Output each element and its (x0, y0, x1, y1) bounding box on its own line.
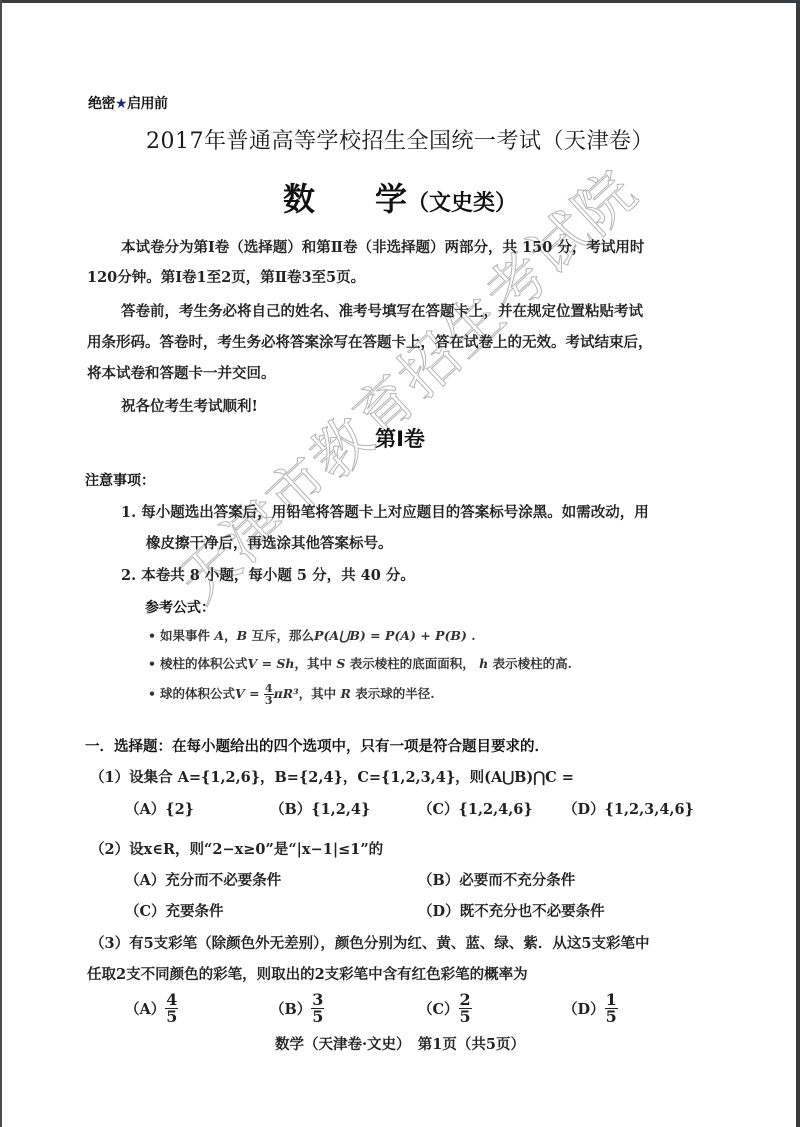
frac-den: 5 (311, 1008, 324, 1025)
viewer-frame-left (0, 0, 2, 1127)
viewer-frame-right (796, 0, 800, 1127)
question-3-stem-line1: （3）有5支彩笔（除颜色外无差别），颜色分别为红、黄、蓝、绿、紫．从这5支彩笔中 (90, 932, 650, 953)
intro-p3: 祝各位考生考试顺利! (121, 395, 258, 416)
option-label: （B） (418, 872, 459, 889)
option-text: 充分而不必要条件 (165, 872, 281, 889)
formula-expr: πR³ (274, 686, 299, 701)
sep: ， (224, 628, 237, 643)
option-label: （C） (418, 1001, 459, 1018)
formula-text: 表示棱柱的底面面积， (350, 656, 475, 671)
q3-option-d: （D）15 (563, 992, 618, 1025)
option-text: 充要条件 (166, 903, 224, 920)
reference-heading: 参考公式： (145, 597, 215, 617)
formula-text: 如果事件 (160, 628, 210, 643)
intro-p2-line2: 用条形码。答卷时，考生务必将答案涂写在答题卡上，答在试卷上的无效。考试结束后， (87, 331, 653, 352)
viewer-frame-top (0, 0, 800, 3)
formula-text: 球的体积公式 (160, 686, 235, 701)
formula-text: ，其中 (295, 656, 333, 671)
var-b: B (237, 628, 248, 643)
option-label: （C） (418, 801, 459, 818)
question-2-stem: （2）设x∈R，则“2−x≥0”是“|x−1|≤1”的 (90, 838, 383, 859)
q2-option-a: （A）充分而不必要条件 (125, 869, 281, 890)
option-label: （A） (125, 801, 165, 818)
bullet-icon: • (148, 686, 160, 701)
part1-title: 第Ⅰ卷 (0, 423, 800, 453)
exam-title: 2017年普通高等学校招生全国统一考试（天津卷） (0, 124, 800, 155)
q2-option-d: （D）既不充分也不必要条件 (418, 900, 605, 921)
option-text: {2} (165, 801, 194, 818)
fraction: 43 (264, 683, 274, 706)
option-text: 既不充分也不必要条件 (460, 903, 605, 920)
option-label: （B） (270, 1001, 311, 1018)
bullet-icon: • (148, 628, 160, 643)
notice-item-1-line2: 橡皮擦干净后，再选涂其他答案标号。 (146, 532, 393, 553)
option-label: （A） (125, 1001, 165, 1018)
notice-num: 2. (121, 567, 136, 584)
formula-text: ，其中 (299, 686, 337, 701)
q1-option-b: （B）{1,2,4} (270, 798, 370, 819)
section1-heading: 一．选择题：在每小题给出的四个选项中，只有一项是符合题目要求的． (85, 735, 549, 756)
fraction: 45 (165, 992, 178, 1025)
formula-text: 棱柱的体积公式 (160, 656, 248, 671)
star-icon: ★ (115, 96, 127, 112)
q1-option-c: （C）{1,2,4,6} (418, 798, 533, 819)
question-3-stem-line2: 任取2支不同颜色的彩笔，则取出的2支彩笔中含有红色彩笔的概率为 (87, 963, 528, 984)
intro-p1-line2: 120分钟。第Ⅰ卷1至2页，第Ⅱ卷3至5页。 (87, 266, 365, 287)
q2-option-c: （C）充要条件 (125, 900, 224, 921)
subject-char-2: 学 (375, 180, 407, 218)
notice-text: 每小题选出答案后，用铅笔将答题卡上对应题目的答案标号涂黑。如需改动，用 (141, 504, 649, 521)
var-a: A (214, 628, 224, 643)
option-label: （B） (270, 801, 311, 818)
option-text: {1,2,4} (311, 801, 370, 818)
option-label: （D） (563, 801, 605, 818)
fraction: 25 (459, 992, 472, 1025)
option-label: （A） (125, 872, 165, 889)
option-label: （D） (563, 1001, 605, 1018)
subject-char-1: 数 (283, 180, 315, 218)
fraction: 35 (311, 992, 324, 1025)
notice-item-2: 2. 本卷共 8 小题，每小题 5 分，共 40 分。 (121, 564, 415, 585)
frac-num: 3 (311, 992, 324, 1008)
formula-text: 表示球的半径. (355, 686, 434, 701)
formula-addition-rule: •如果事件 A，B 互斥，那么P(A⋃B) = P(A) + P(B) . (148, 626, 476, 644)
intro-p2-line1: 答卷前，考生务必将自己的姓名、准考号填写在答题卡上，并在规定位置粘贴考试 (121, 300, 643, 321)
intro-p1-line1: 本试卷分为第Ⅰ卷（选择题）和第Ⅱ卷（非选择题）两部分，共 150 分，考试用时 (121, 236, 644, 257)
fraction: 15 (605, 992, 618, 1025)
frac-den: 3 (264, 694, 274, 706)
page-footer: 数学（天津卷·文史） 第1页（共5页） (0, 1033, 800, 1054)
formula-prism-volume: •棱柱的体积公式V = Sh，其中 S 表示棱柱的底面面积， h 表示棱柱的高. (148, 654, 572, 672)
frac-den: 5 (459, 1008, 472, 1025)
formula-end: . (471, 628, 475, 643)
formula-expr: V = Sh (248, 656, 295, 671)
formula-text: 表示棱柱的高. (493, 656, 572, 671)
option-label: （D） (418, 903, 460, 920)
subject-category: （文史类） (407, 191, 517, 216)
intro-p2-line3: 将本试卷和答题卡一并交回。 (87, 362, 276, 383)
q3-option-a: （A）45 (125, 992, 178, 1025)
var-r: R (340, 686, 350, 701)
bullet-icon: • (148, 656, 160, 671)
var-s: S (336, 656, 345, 671)
notice-heading: 注意事项： (85, 470, 155, 490)
secret-label: 绝密 (88, 96, 115, 112)
frac-den: 5 (605, 1008, 618, 1025)
q1-option-a: （A）{2} (125, 798, 194, 819)
secret-suffix: 启用前 (127, 96, 168, 112)
secret-mark: 绝密★启用前 (88, 93, 168, 113)
option-label: （C） (125, 903, 166, 920)
q3-option-b: （B）35 (270, 992, 324, 1025)
notice-item-1: 1. 每小题选出答案后，用铅笔将答题卡上对应题目的答案标号涂黑。如需改动，用 (121, 501, 649, 522)
formula-text: 互斥，那么 (252, 628, 315, 643)
q1-option-d: （D）{1,2,3,4,6} (563, 798, 694, 819)
option-text: 必要而不充分条件 (459, 872, 575, 889)
formula-expr: V = (235, 686, 264, 701)
formula-sphere-volume: •球的体积公式V = 43πR³，其中 R 表示球的半径. (148, 683, 435, 706)
notice-num: 1. (121, 504, 136, 521)
frac-num: 4 (264, 683, 274, 694)
question-1-stem: （1）设集合 A={1,2,6}，B={2,4}，C={1,2,3,4}，则(A… (90, 766, 574, 787)
q2-option-b: （B）必要而不充分条件 (418, 869, 575, 890)
frac-num: 1 (605, 992, 618, 1008)
option-text: {1,2,3,4,6} (605, 801, 694, 818)
frac-num: 2 (459, 992, 472, 1008)
formula-expr: P(A⋃B) = P(A) + P(B) (314, 628, 467, 643)
q3-option-c: （C）25 (418, 992, 472, 1025)
frac-num: 4 (165, 992, 178, 1008)
subject-title: 数学（文史类） (0, 174, 800, 220)
option-text: {1,2,4,6} (459, 801, 533, 818)
notice-text: 本卷共 8 小题，每小题 5 分，共 40 分。 (141, 567, 415, 584)
var-h: h (479, 656, 488, 671)
frac-den: 5 (165, 1008, 178, 1025)
